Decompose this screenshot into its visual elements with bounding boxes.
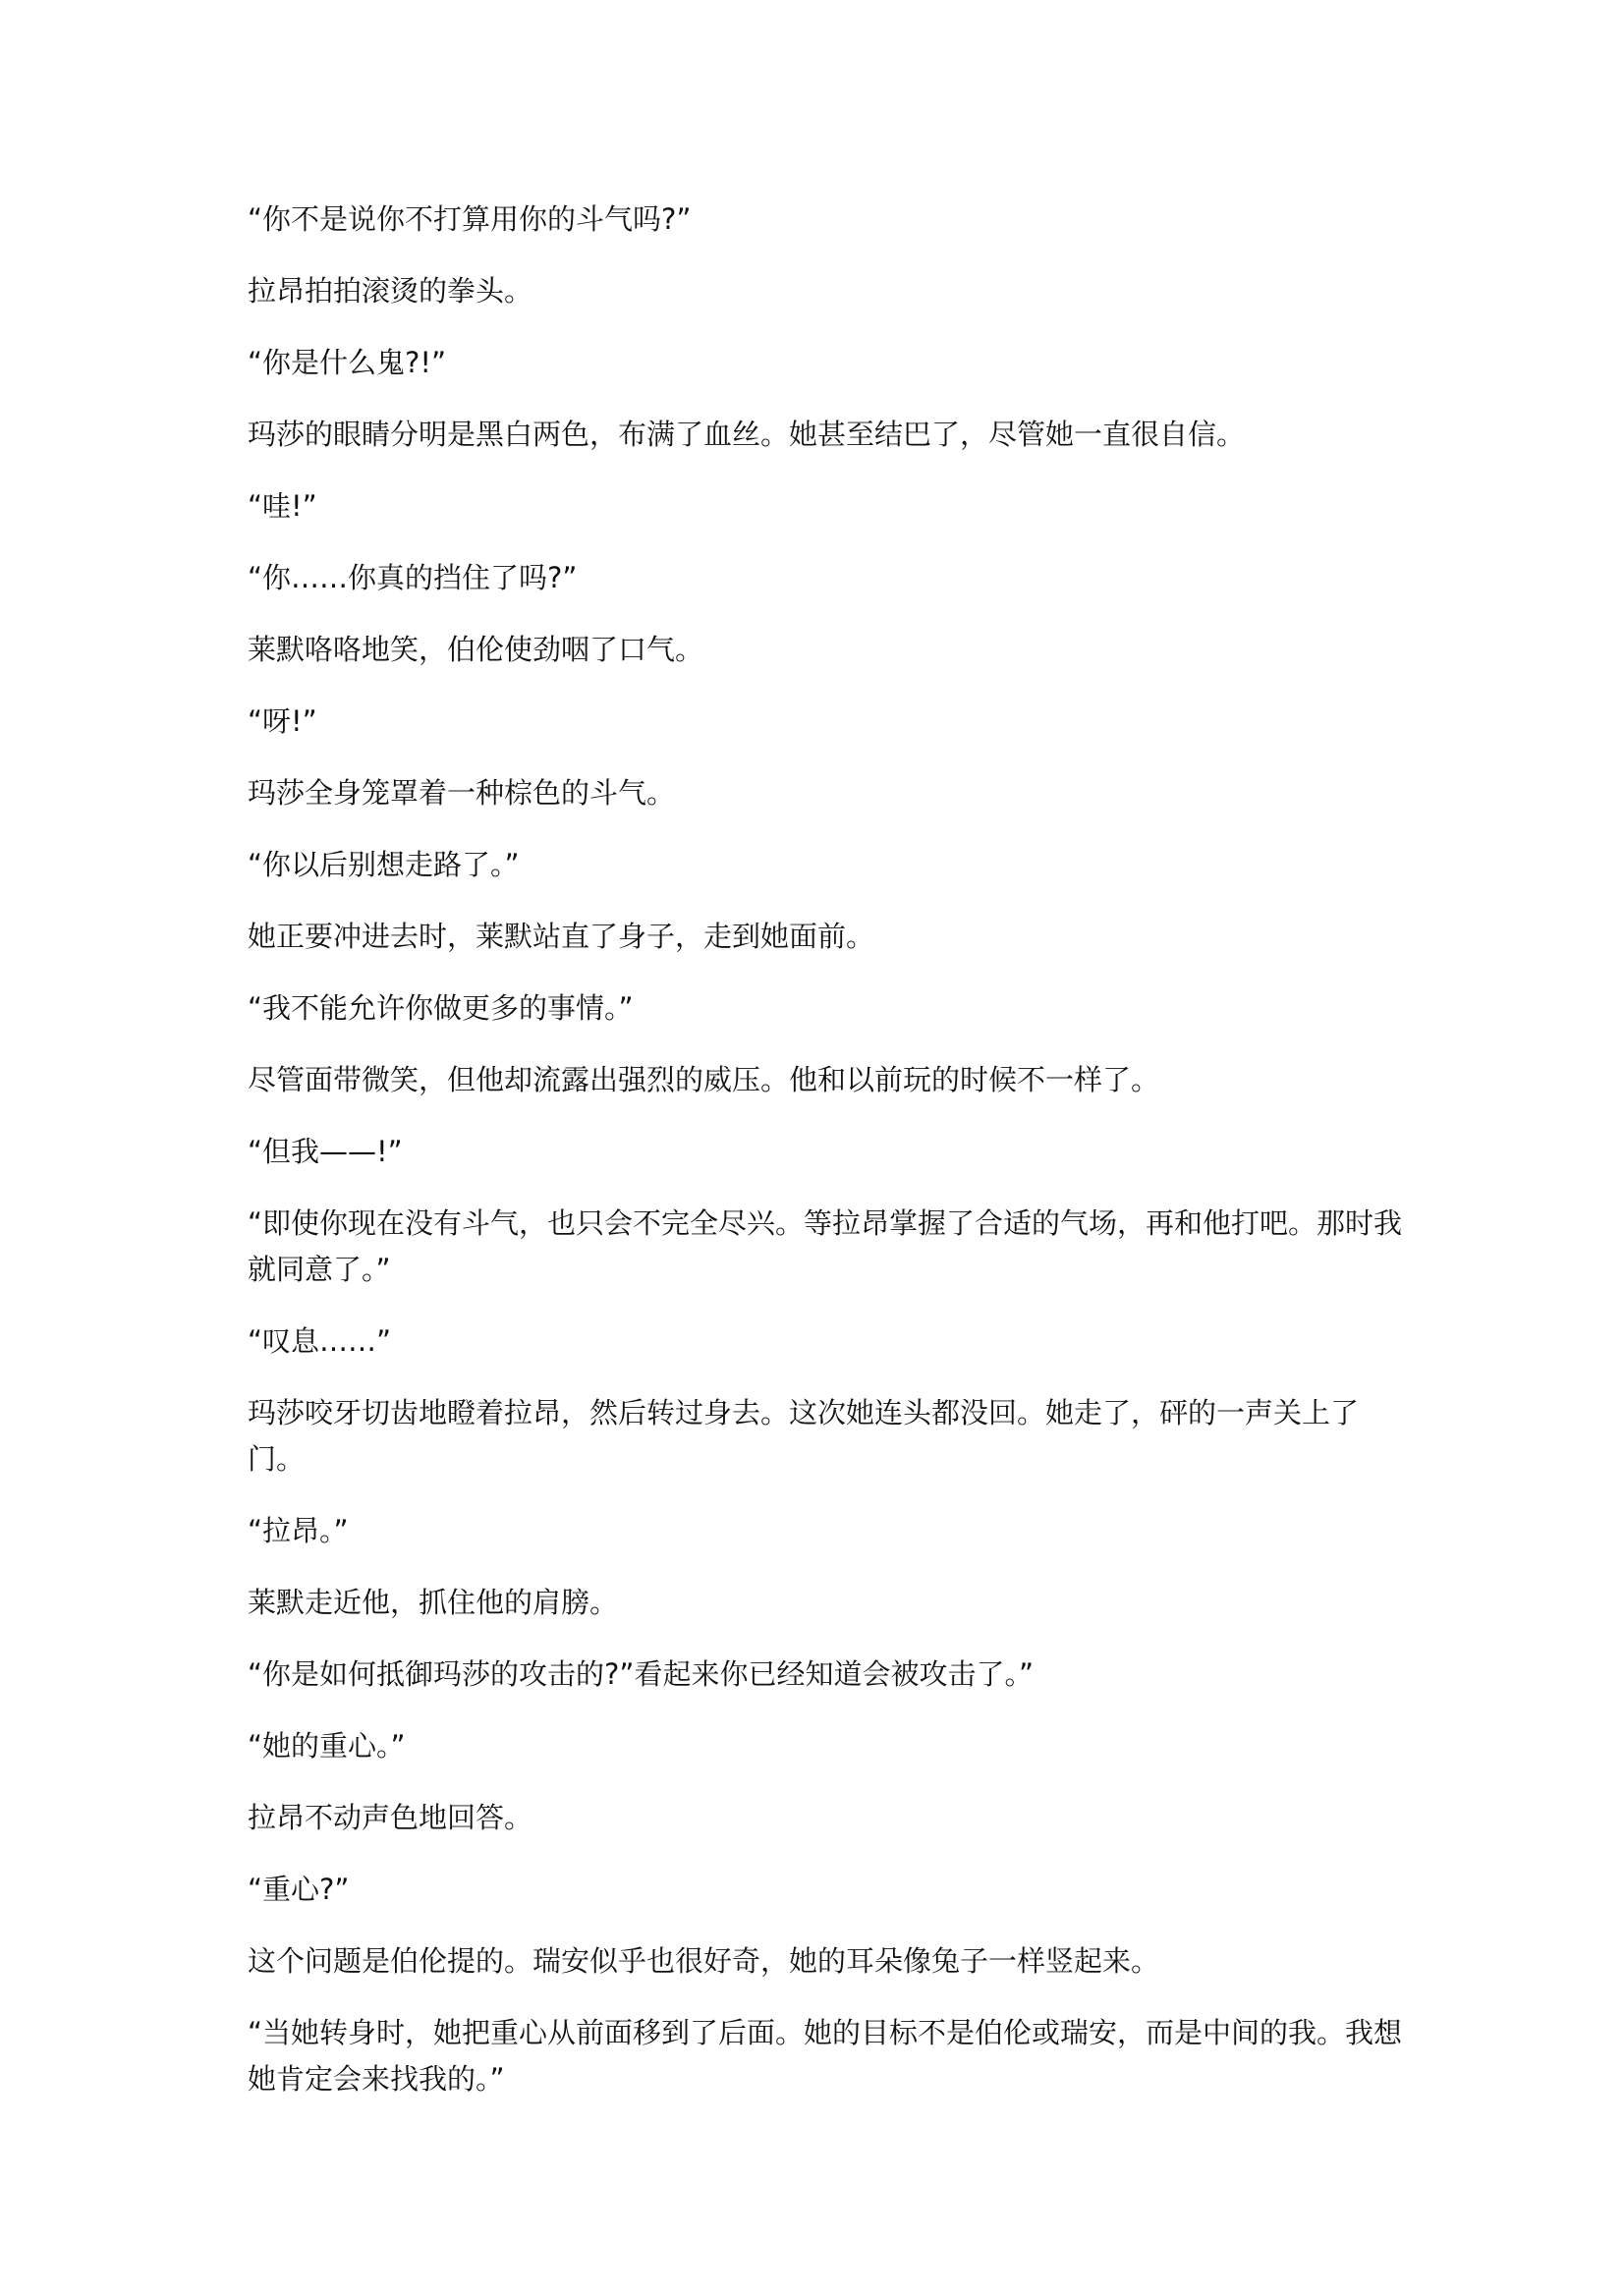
paragraph: “即使你现在没有斗气，也只会不完全尽兴。等拉昂掌握了合适的气场，再和他打吧。那时… [248, 1201, 1407, 1293]
paragraph: “她的重心。” [248, 1723, 1407, 1769]
paragraph: “你是如何抵御玛莎的攻击的?”看起来你已经知道会被攻击了。” [248, 1652, 1407, 1698]
paragraph: “你以后别想走路了。” [248, 842, 1407, 888]
paragraph: “重心?” [248, 1867, 1407, 1913]
paragraph: “呀!” [248, 699, 1407, 745]
paragraph: 尽管面带微笑，但他却流露出强烈的威压。他和以前玩的时候不一样了。 [248, 1057, 1407, 1103]
paragraph: 拉昂拍拍滚烫的拳头。 [248, 268, 1407, 314]
paragraph: 拉昂不动声色地回答。 [248, 1795, 1407, 1841]
document-page: “你不是说你不打算用你的斗气吗?” 拉昂拍拍滚烫的拳头。 “你是什么鬼?!” 玛… [248, 196, 1407, 2128]
paragraph: 这个问题是伯伦提的。瑞安似乎也很好奇，她的耳朵像兔子一样竖起来。 [248, 1938, 1407, 1985]
paragraph: “拉昂。” [248, 1508, 1407, 1554]
paragraph: “当她转身时，她把重心从前面移到了后面。她的目标不是伯伦或瑞安，而是中间的我。我… [248, 2010, 1407, 2102]
paragraph: 玛莎的眼睛分明是黑白两色，布满了血丝。她甚至结巴了，尽管她一直很自信。 [248, 412, 1407, 458]
paragraph: 莱默走近他，抓住他的肩膀。 [248, 1580, 1407, 1626]
paragraph: “我不能允许你做更多的事情。” [248, 985, 1407, 1032]
paragraph: 她正要冲进去时，莱默站直了身子，走到她面前。 [248, 914, 1407, 960]
paragraph: “但我——!” [248, 1129, 1407, 1175]
paragraph: 玛莎全身笼罩着一种棕色的斗气。 [248, 770, 1407, 816]
paragraph: “你……你真的挡住了吗?” [248, 555, 1407, 601]
paragraph: “你是什么鬼?!” [248, 340, 1407, 386]
paragraph: 莱默咯咯地笑，伯伦使劲咽了口气。 [248, 627, 1407, 673]
paragraph: 玛莎咬牙切齿地瞪着拉昂，然后转过身去。这次她连头都没回。她走了，砰的一声关上了门… [248, 1390, 1407, 1483]
paragraph: “你不是说你不打算用你的斗气吗?” [248, 196, 1407, 243]
paragraph: “叹息……” [248, 1318, 1407, 1365]
paragraph: “哇!” [248, 483, 1407, 530]
